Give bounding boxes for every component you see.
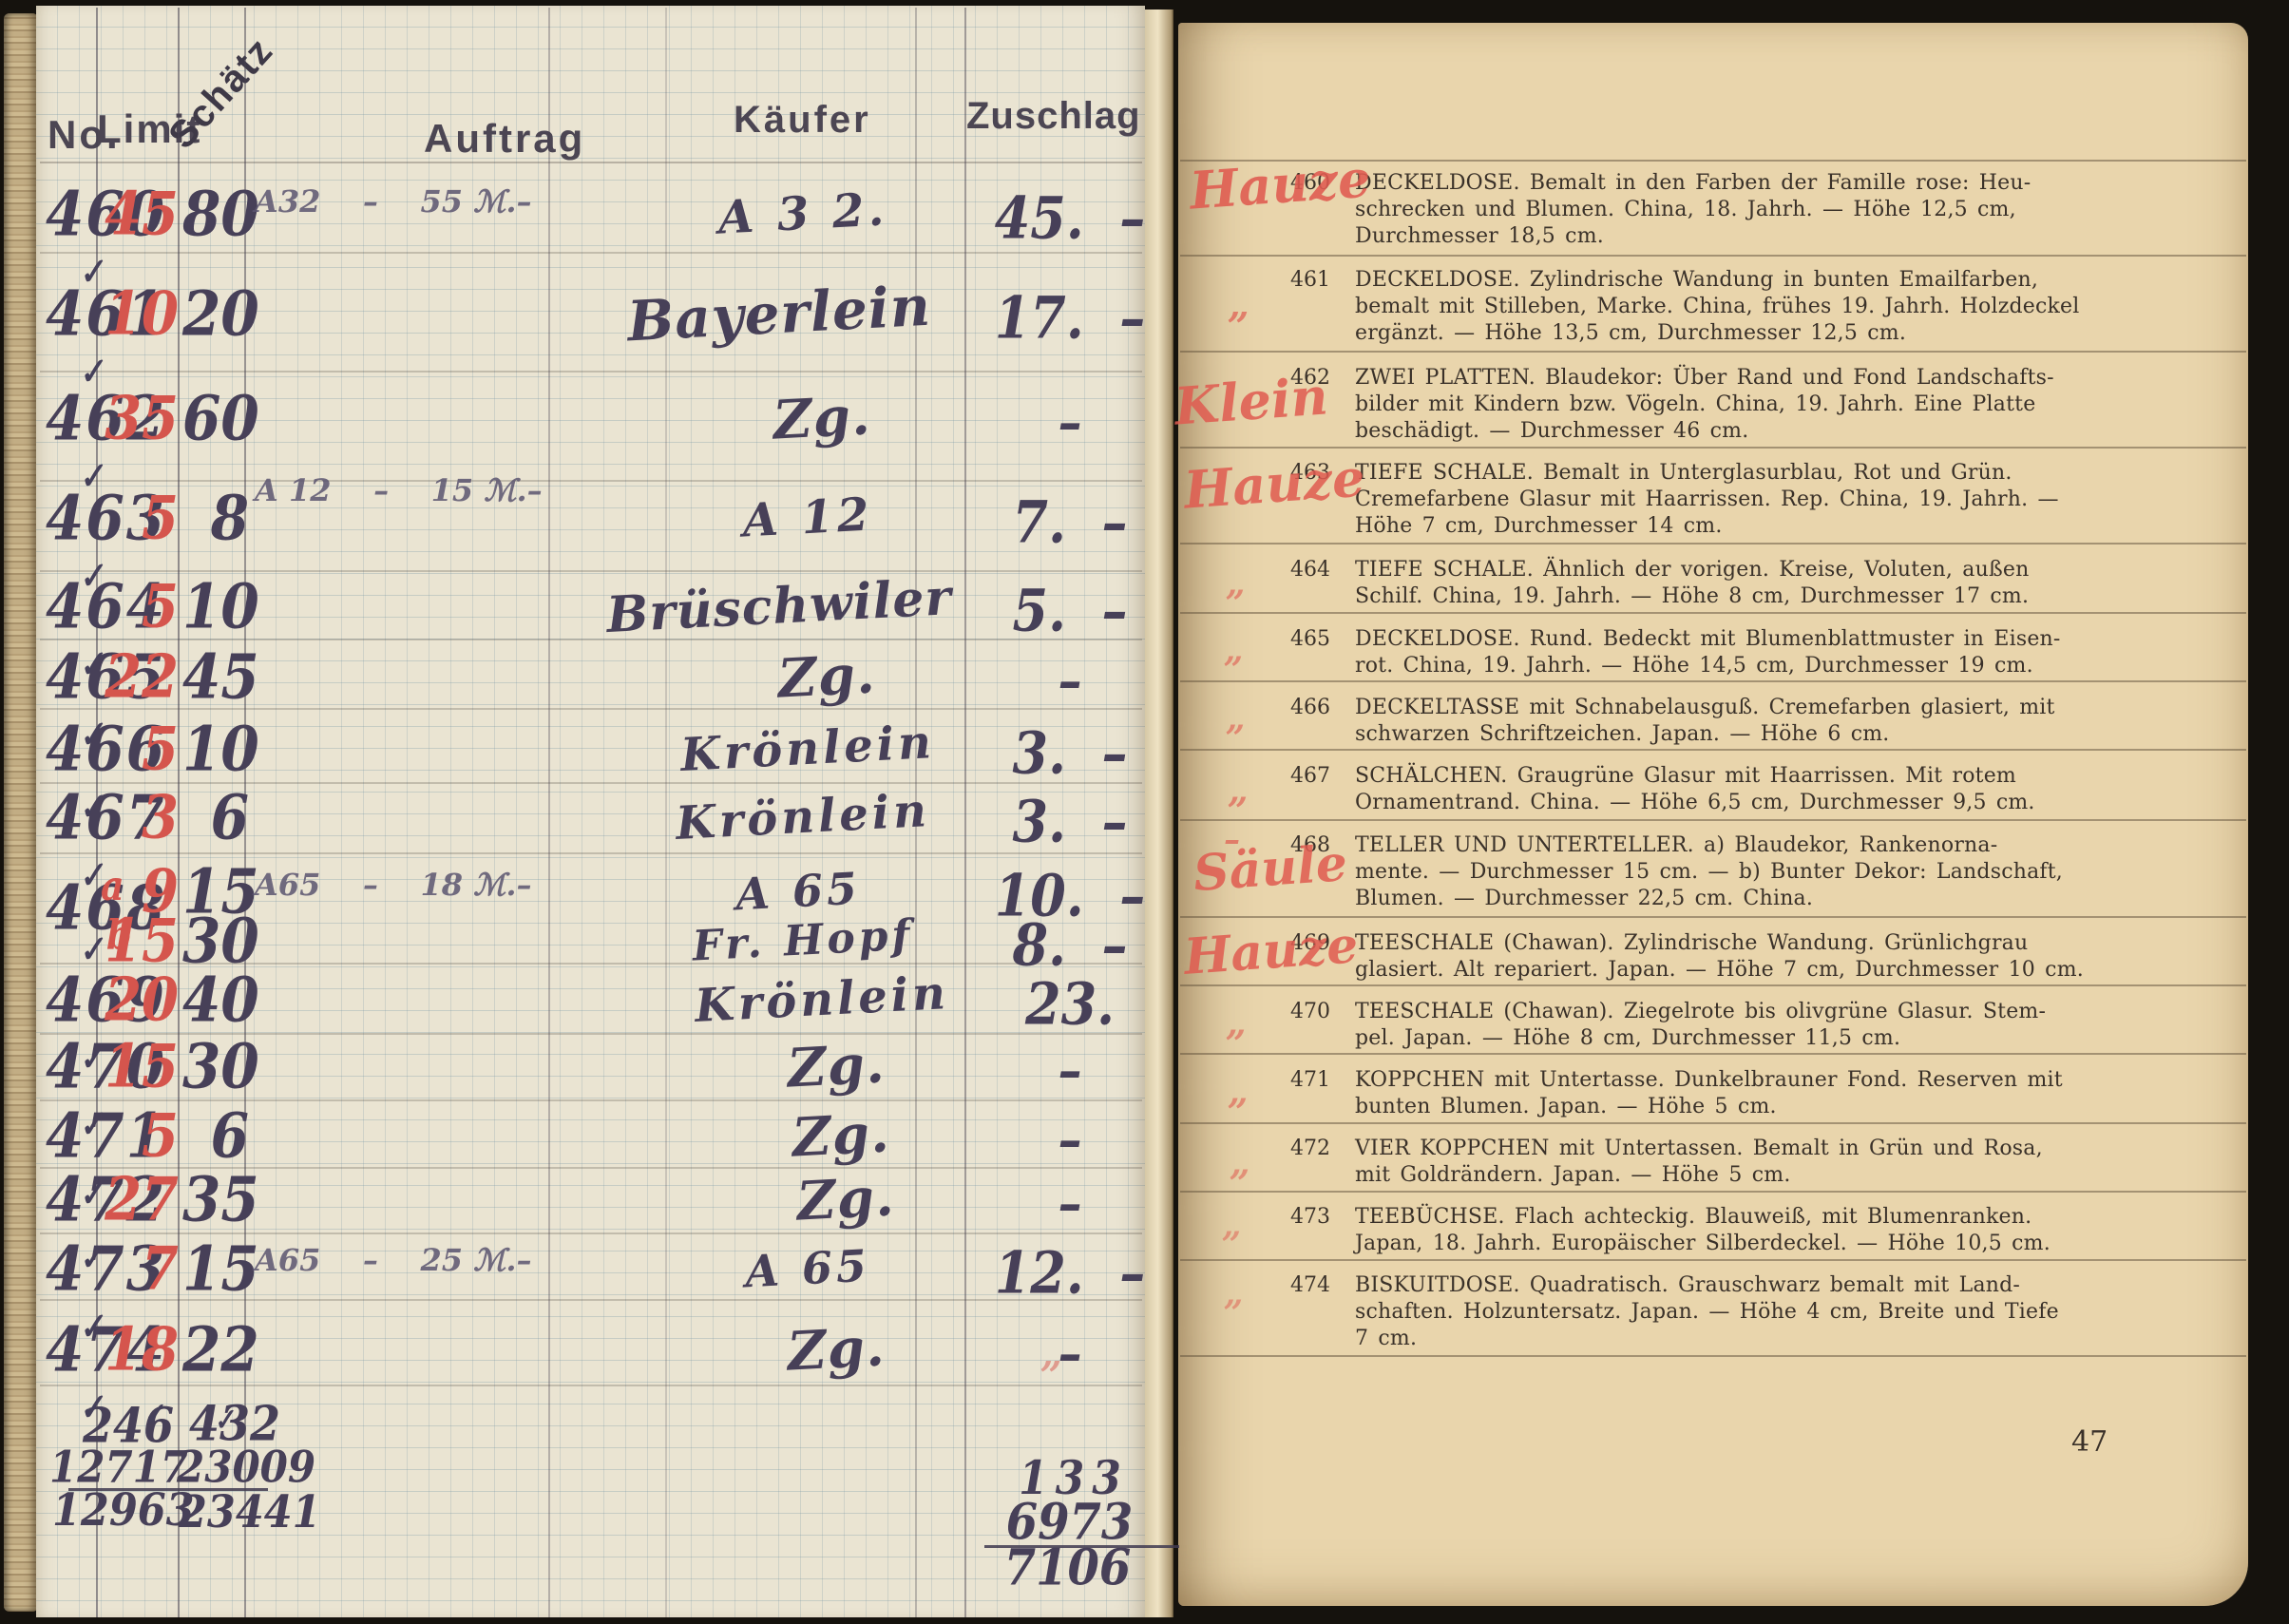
ledger-cell-auftrag-note: A65 – 18 ℳ.– [255, 867, 532, 903]
catalog-entry-lot-number: 471 [1264, 1067, 1330, 1094]
catalog-entry: 470TEESCHALE (Chawan). Ziegelrote bis ol… [1264, 999, 2046, 1052]
catalog-entry-line: schaften. Holzuntersatz. Japan. — Höhe 4… [1355, 1299, 2059, 1326]
catalog-entry-lot-number: 466 [1264, 695, 1330, 721]
catalog-entry-line: mente. — Durchmesser 15 cm. — b) Bunter … [1355, 859, 2063, 886]
catalog-entry-line: schrecken und Blumen. China, 18. Jahrh. … [1355, 197, 2031, 223]
catalog-entry-lot-number: 474 [1264, 1272, 1330, 1299]
ledger-cell-zuschlag: – [979, 1322, 1161, 1385]
margin-note: „ [1226, 698, 1246, 738]
catalog-entry-lot-number: 464 [1264, 557, 1330, 583]
catalog-entry-line: TEESCHALE (Chawan). Ziegelrote bis olivg… [1355, 999, 2046, 1025]
ledger-cell-schaetz: 8 [182, 482, 249, 554]
catalog-entry-rule [1180, 543, 2246, 545]
ledger-cell-zuschlag: 17. – [979, 283, 1161, 352]
catalog-entry-line: TIEFE SCHALE. Ähnlich der vorigen. Kreis… [1355, 557, 2029, 583]
ledger-cell-schaetz: 40 [182, 964, 249, 1036]
catalog-entry: 466DECKELTASSE mit Schnabelausguß. Creme… [1264, 695, 2055, 748]
catalog-entry-line: rot. China, 19. Jahrh. — Höhe 14,5 cm, D… [1355, 653, 2061, 679]
catalog-entry-rule [1180, 680, 2246, 682]
catalog-entry-line: TELLER UND UNTERTELLER. a) Blaudekor, Ra… [1355, 832, 2063, 859]
margin-note: „ [1228, 769, 1249, 812]
catalog-entry-line: Blumen. — Durchmesser 22,5 cm. China. [1355, 886, 2063, 912]
auction-ledger-and-catalog-photo: No. Limit Schätz Auftrag Käufer Zuschlag… [0, 0, 2289, 1624]
catalog-entry-line: bemalt mit Stilleben, Marke. China, früh… [1355, 294, 2080, 320]
catalog-entry-line: ZWEI PLATTEN. Blaudekor: Über Rand und F… [1355, 365, 2054, 392]
ledger-cell-schaetz: 22 [182, 1313, 249, 1385]
ledger-cell-limit: 35 [57, 383, 179, 453]
margin-note: Klein [1173, 365, 1330, 436]
ledger-cell-schaetz: 15 [182, 1232, 249, 1305]
ledger-cell-zuschlag: – [979, 1172, 1161, 1234]
catalog-entry-text: VIER KOPPCHEN mit Untertassen. Bemalt in… [1355, 1136, 2043, 1189]
ledger-cell-limit: 18 [57, 1314, 179, 1385]
ledger-row-separator [40, 371, 1142, 373]
column-header-auftrag: Auftrag [424, 116, 585, 162]
ledger-cell-zuschlag: 5. – [979, 576, 1161, 644]
catalog-entry: 472VIER KOPPCHEN mit Untertassen. Bemalt… [1264, 1136, 2043, 1189]
ledger-cell-zuschlag: 3. – [979, 718, 1161, 787]
ledger-cell-kaeufer: Zg. [776, 642, 877, 710]
ledger-cell-schaetz: 35 [182, 1163, 249, 1235]
catalog-entry: 461DECKELDOSE. Zylindrische Wandung in b… [1264, 267, 2080, 347]
margin-note: „ [1230, 1141, 1250, 1184]
catalog-entry-text: TELLER UND UNTERTELLER. a) Blaudekor, Ra… [1355, 832, 2063, 912]
ledger-cell-zuschlag: – [979, 649, 1161, 712]
catalog-entry-text: TIEFE SCHALE. Ähnlich der vorigen. Kreis… [1355, 557, 2029, 610]
catalog-entry-rule [1180, 612, 2246, 614]
catalog-entry-line: mit Goldrändern. Japan. — Höhe 5 cm. [1355, 1162, 2043, 1189]
catalog-entry-line: ergänzt. — Höhe 13,5 cm, Durchmesser 12,… [1355, 320, 2080, 347]
margin-note: „ [1222, 1205, 1242, 1245]
ledger-cell-kaeufer: A 65 [744, 1240, 871, 1298]
catalog-entry-rule [1180, 255, 2246, 257]
catalog-entry-rule [1180, 1355, 2246, 1357]
catalog-entry-line: 7 cm. [1355, 1326, 2059, 1352]
catalog-entry-line: DECKELDOSE. Rund. Bedeckt mit Blumenblat… [1355, 626, 2061, 653]
ledger-cell-schaetz: 20 [182, 277, 249, 350]
ledger-cell-kaeufer: Zg. [786, 1032, 887, 1099]
ledger-cell-kaeufer: Zg. [795, 1165, 896, 1232]
ledger-cell-schaetz: 60 [182, 382, 249, 454]
catalog-entry: 464TIEFE SCHALE. Ähnlich der vorigen. Kr… [1264, 557, 2029, 610]
margin-note: „ [1224, 1273, 1244, 1313]
ledger-column-line [665, 8, 667, 1617]
total-limit-grand: 12963 [52, 1485, 190, 1537]
margin-note: Hauze [1188, 147, 1372, 220]
ledger-cell-zuschlag: 7. – [979, 487, 1161, 556]
catalog-entry-rule [1180, 1053, 2246, 1055]
catalog-entry-line: Ornamentrand. China. — Höhe 6,5 cm, Durc… [1355, 790, 2035, 816]
catalog-entry: 460DECKELDOSE. Bemalt in den Farben der … [1264, 170, 2031, 250]
catalog-entry-line: TEESCHALE (Chawan). Zylindrische Wandung… [1355, 930, 2084, 957]
catalog-entry: 474BISKUITDOSE. Quadratisch. Grauschwarz… [1264, 1272, 2059, 1352]
ledger-cell-auftrag-note: A 12 – 15 ℳ.– [255, 472, 543, 508]
total-schaetz-grand: 23441 [179, 1487, 316, 1538]
ledger-cell-limit: 10 [57, 278, 179, 349]
catalog-entry: 465DECKELDOSE. Rund. Bedeckt mit Blumenb… [1264, 626, 2061, 679]
margin-note: „ [1224, 630, 1244, 670]
catalog-entry-rule [1180, 1122, 2246, 1124]
ledger-row-separator [40, 252, 1142, 254]
catalog-entry-line: KOPPCHEN mit Untertasse. Dunkelbrauner F… [1355, 1067, 2063, 1094]
catalog-entry-line: SCHÄLCHEN. Graugrüne Glasur mit Haarriss… [1355, 763, 2035, 790]
catalog-entry-lot-number: 465 [1264, 626, 1330, 653]
margin-note: Hauze [1182, 916, 1360, 986]
total-zuschlag-grand: 7106 [994, 1538, 1141, 1597]
ledger-cell-limit: 45 [57, 179, 179, 249]
catalog-entry: 467SCHÄLCHEN. Graugrüne Glasur mit Haarr… [1264, 763, 2035, 816]
catalog-entry-text: DECKELDOSE. Zylindrische Wandung in bunt… [1355, 267, 2080, 347]
ledger-cell-limit: 5 [57, 1100, 179, 1171]
ledger-cell-schaetz: 10 [182, 713, 249, 785]
catalog-entry-text: TIEFE SCHALE. Bemalt in Unterglasurblau,… [1355, 460, 2059, 540]
catalog-entry-rule [1180, 984, 2246, 986]
ledger-row-separator [40, 162, 1142, 163]
catalog-entry-text: DECKELDOSE. Rund. Bedeckt mit Blumenblat… [1355, 626, 2061, 679]
catalog-entry: 463TIEFE SCHALE. Bemalt in Unterglasurbl… [1264, 460, 2059, 540]
catalog-entry-rule [1180, 749, 2246, 751]
catalog-entry: 469TEESCHALE (Chawan). Zylindrische Wand… [1264, 930, 2084, 984]
column-header-zuschlag: Zuschlag [966, 95, 1141, 138]
catalog-entry-lot-number: 473 [1264, 1204, 1330, 1231]
catalog-entry-text: DECKELDOSE. Bemalt in den Farben der Fam… [1355, 170, 2031, 250]
catalog-entry-line: beschädigt. — Durchmesser 46 cm. [1355, 418, 2054, 445]
catalog-entry-text: TEESCHALE (Chawan). Ziegelrote bis olivg… [1355, 999, 2046, 1052]
catalog-entry-rule [1180, 351, 2246, 353]
catalog-entry-line: Japan, 18. Jahrh. Europäischer Silberdec… [1355, 1231, 2051, 1257]
margin-note: Hauze [1182, 447, 1366, 520]
catalog-entry-lot-number: 472 [1264, 1136, 1330, 1162]
book-page-edges [4, 13, 38, 1612]
page-number: 47 [2071, 1425, 2108, 1459]
ledger-cell-limit: 5 [57, 483, 179, 553]
catalog-entry-rule [1180, 1191, 2246, 1193]
catalog-entry-line: DECKELDOSE. Zylindrische Wandung in bunt… [1355, 267, 2080, 294]
ledger-cell-auftrag-note: A32 – 55 ℳ.– [255, 183, 532, 220]
catalog-entry-line: Höhe 7 cm, Durchmesser 14 cm. [1355, 513, 2059, 540]
catalog-entry-text: TEEBÜCHSE. Flach achteckig. Blauweiß, mi… [1355, 1204, 2051, 1257]
catalog-entry: 471KOPPCHEN mit Untertasse. Dunkelbraune… [1264, 1067, 2063, 1120]
catalog-entry-line: pel. Japan. — Höhe 8 cm, Durchmesser 11,… [1355, 1025, 2046, 1052]
margin-note: „ [1228, 283, 1249, 328]
ledger-cell-zuschlag: – [979, 1108, 1161, 1171]
total-schaetz-carry: 23009 [177, 1442, 310, 1493]
ledger-cell-zuschlag: 8. – [979, 910, 1161, 979]
catalog-entry-text: KOPPCHEN mit Untertasse. Dunkelbrauner F… [1355, 1067, 2063, 1120]
ledger-cell-zuschlag: 45. – [979, 183, 1161, 252]
catalog-entry: 462ZWEI PLATTEN. Blaudekor: Über Rand un… [1264, 365, 2054, 445]
catalog-entry-line: TIEFE SCHALE. Bemalt in Unterglasurblau,… [1355, 460, 2059, 487]
margin-note: Säule [1192, 834, 1349, 903]
catalog-entry-lot-number: 467 [1264, 763, 1330, 790]
catalog-entry-line: bilder mit Kindern bzw. Vögeln. China, 1… [1355, 392, 2054, 418]
ledger-cell-limit: 5 [57, 714, 179, 784]
ledger-cell-auftrag-note: A65 – 25 ℳ.– [255, 1242, 532, 1278]
catalog-entry-line: TEEBÜCHSE. Flach achteckig. Blauweiß, mi… [1355, 1204, 2051, 1231]
ledger-column-line [548, 8, 550, 1617]
ledger-cell-limit: 20 [57, 965, 179, 1035]
ledger-cell-limit: 5 [57, 571, 179, 641]
ledger-cell-kaeufer: Zg. [791, 1101, 891, 1169]
ledger-cell-schaetz: 80 [182, 178, 249, 250]
ledger-cell-zuschlag: 23. [979, 969, 1161, 1038]
margin-note: „ [1226, 564, 1246, 603]
catalog-entry-text: SCHÄLCHEN. Graugrüne Glasur mit Haarriss… [1355, 763, 2035, 816]
ledger-cell-zuschlag: 12. – [979, 1238, 1161, 1307]
catalog-entry-line: Cremefarbene Glasur mit Haarrissen. Rep.… [1355, 487, 2059, 513]
ledger-cell-schaetz: 6 [182, 1099, 249, 1172]
catalog-entry-lot-number: 461 [1264, 267, 1330, 294]
catalog-entry: 468TELLER UND UNTERTELLER. a) Blaudekor,… [1264, 832, 2063, 912]
catalog-entry-line: BISKUITDOSE. Quadratisch. Grauschwarz be… [1355, 1272, 2059, 1299]
catalog-entry-line: Schilf. China, 19. Jahrh. — Höhe 8 cm, D… [1355, 583, 2029, 610]
catalog-entry-rule [1180, 1259, 2246, 1261]
ledger-column-line [964, 8, 966, 1617]
ledger-cell-kaeufer: A 65 [734, 863, 862, 921]
ledger-cell-kaeufer: Zg. [786, 1315, 887, 1383]
ledger-cell-limit: 22 [57, 641, 179, 712]
ledger-cell-kaeufer: A 12 [741, 487, 873, 547]
ledger-cell-kaeufer: A 3 2. [717, 182, 889, 244]
ledger-cell-schaetz: 45 [182, 640, 249, 713]
catalog-entry-text: ZWEI PLATTEN. Blaudekor: Über Rand und F… [1355, 365, 2054, 445]
catalog-entry-line: bunten Blumen. Japan. — Höhe 5 cm. [1355, 1094, 2063, 1120]
margin-note: „ [1228, 1070, 1249, 1113]
catalog-entry-text: TEESCHALE (Chawan). Zylindrische Wandung… [1355, 930, 2084, 984]
catalog-entry-rule [1180, 819, 2246, 821]
ledger-cell-zuschlag: – [979, 391, 1161, 453]
catalog-entry-line: schwarzen Schriftzeichen. Japan. — Höhe … [1355, 721, 2055, 748]
ledger-cell-limit: 15 [57, 1031, 179, 1101]
catalog-entry-line: DECKELTASSE mit Schnabelausguß. Cremefar… [1355, 695, 2055, 721]
ledger-cell-schaetz: 30 [182, 1030, 249, 1102]
ledger-cell-schaetz: 6 [182, 781, 249, 853]
catalog-entry-text: DECKELTASSE mit Schnabelausguß. Cremefar… [1355, 695, 2055, 748]
catalog-entry-text: BISKUITDOSE. Quadratisch. Grauschwarz be… [1355, 1272, 2059, 1352]
ledger-cell-limit: 7 [57, 1233, 179, 1304]
catalog-entry-line: DECKELDOSE. Bemalt in den Farben der Fam… [1355, 170, 2031, 197]
catalog-entry-line: Durchmesser 18,5 cm. [1355, 223, 2031, 250]
column-header-kaeufer: Käufer [734, 99, 871, 142]
ledger-cell-limit: 3 [57, 782, 179, 852]
catalog-entry: 473TEEBÜCHSE. Flach achteckig. Blauweiß,… [1264, 1204, 2051, 1257]
catalog-entry-line: VIER KOPPCHEN mit Untertassen. Bemalt in… [1355, 1136, 2043, 1162]
ledger-cell-zuschlag: – [979, 1039, 1161, 1101]
ledger-cell-zuschlag: 3. – [979, 787, 1161, 855]
margin-note: „ [1226, 1002, 1247, 1044]
ledger-cell-schaetz: 10 [182, 570, 249, 642]
catalog-entry-lot-number: 470 [1264, 999, 1330, 1025]
ledger-cell-kaeufer: Zg. [772, 384, 872, 451]
catalog-entry-line: glasiert. Alt repariert. Japan. — Höhe 7… [1355, 957, 2084, 984]
ledger-cell-limit: 27 [57, 1164, 179, 1234]
